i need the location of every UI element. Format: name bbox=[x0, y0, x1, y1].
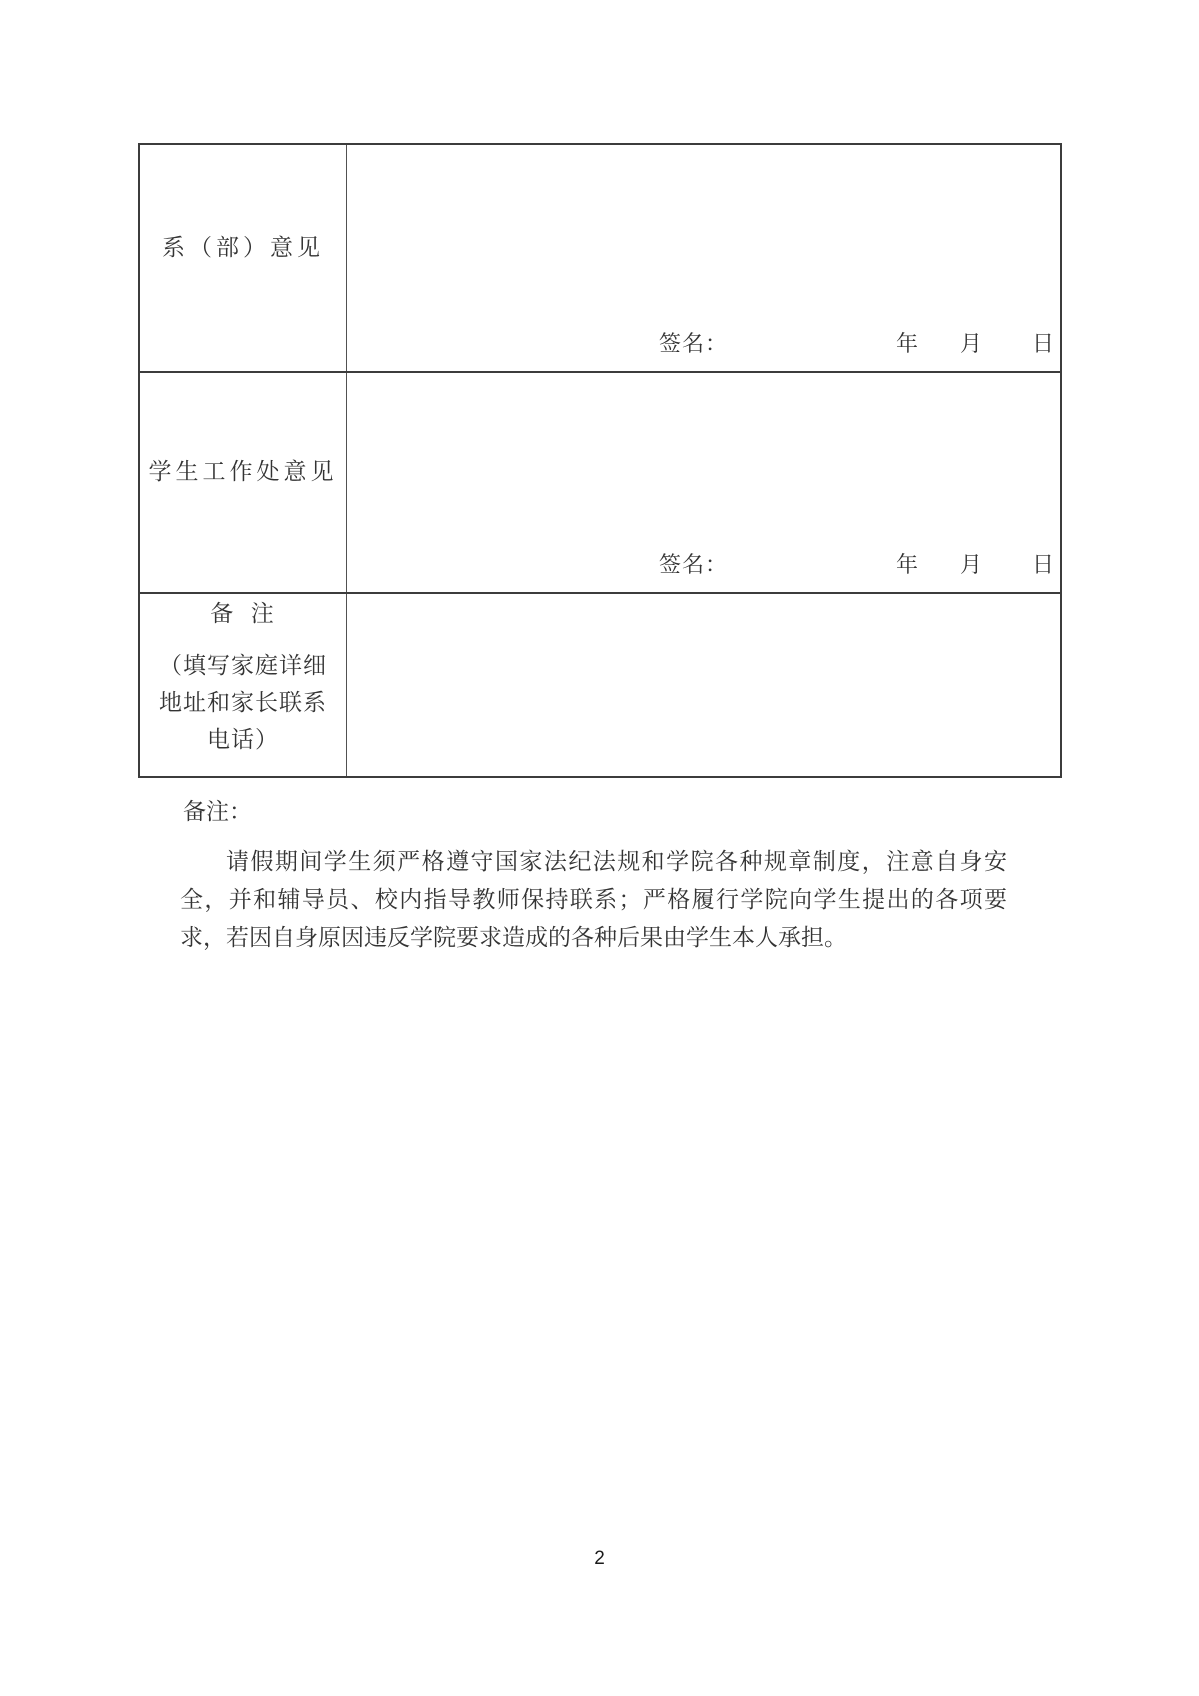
signature-label: 签名： bbox=[659, 548, 728, 579]
department-opinion-label: 系（部）意见 bbox=[162, 229, 324, 262]
department-opinion-content-cell: 签名： 年 月 日 bbox=[347, 145, 1060, 371]
notes-paragraph: 请假期间学生须严格遵守国家法纪法规和学院各种规章制度，注意自身安 全，并和辅导员… bbox=[180, 843, 1007, 957]
note-line-3: 求，若因自身原因违反学院要求造成的各种后果由学生本人承担。 bbox=[180, 919, 1007, 957]
month-label: 月 bbox=[960, 327, 983, 358]
approval-table: 系（部）意见 签名： 年 月 日 学生工作处意见 签名： 年 月 bbox=[138, 143, 1062, 778]
department-signature-line: 签名： 年 月 日 bbox=[347, 327, 1060, 355]
notes-heading: 备注： bbox=[183, 793, 252, 826]
department-opinion-label-cell: 系（部）意见 bbox=[140, 145, 347, 371]
row-student-affairs-opinion: 学生工作处意见 签名： 年 月 日 bbox=[140, 371, 1060, 592]
row-department-opinion: 系（部）意见 签名： 年 月 日 bbox=[140, 145, 1060, 371]
remarks-label-cell: 备 注 （填写家庭详细 地址和家长联系 电话） bbox=[140, 594, 347, 776]
student-affairs-opinion-label: 学生工作处意见 bbox=[149, 453, 338, 486]
student-affairs-signature-line: 签名： 年 月 日 bbox=[347, 548, 1060, 576]
remarks-label-line-2: （填写家庭详细 bbox=[159, 653, 327, 678]
day-label: 日 bbox=[1032, 548, 1055, 579]
year-label: 年 bbox=[896, 548, 919, 579]
note-line-1: 请假期间学生须严格遵守国家法纪法规和学院各种规章制度，注意自身安 bbox=[180, 843, 1007, 881]
page-number: 2 bbox=[0, 1548, 1199, 1570]
signature-label: 签名： bbox=[659, 327, 728, 358]
day-label: 日 bbox=[1032, 327, 1055, 358]
note-line-2: 全，并和辅导员、校内指导教师保持联系；严格履行学院向学生提出的各项要 bbox=[180, 881, 1007, 919]
remarks-label-title: 备 注 bbox=[210, 601, 276, 626]
year-label: 年 bbox=[896, 327, 919, 358]
remarks-content-cell bbox=[347, 594, 1060, 776]
row-remarks: 备 注 （填写家庭详细 地址和家长联系 电话） bbox=[140, 592, 1060, 776]
month-label: 月 bbox=[960, 548, 983, 579]
remarks-label-line-3: 地址和家长联系 bbox=[159, 690, 327, 715]
remarks-label-line-4: 电话） bbox=[207, 727, 279, 752]
student-affairs-opinion-content-cell: 签名： 年 月 日 bbox=[347, 373, 1060, 592]
student-affairs-opinion-label-cell: 学生工作处意见 bbox=[140, 373, 347, 592]
document-page: 系（部）意见 签名： 年 月 日 学生工作处意见 签名： 年 月 bbox=[0, 0, 1199, 1696]
